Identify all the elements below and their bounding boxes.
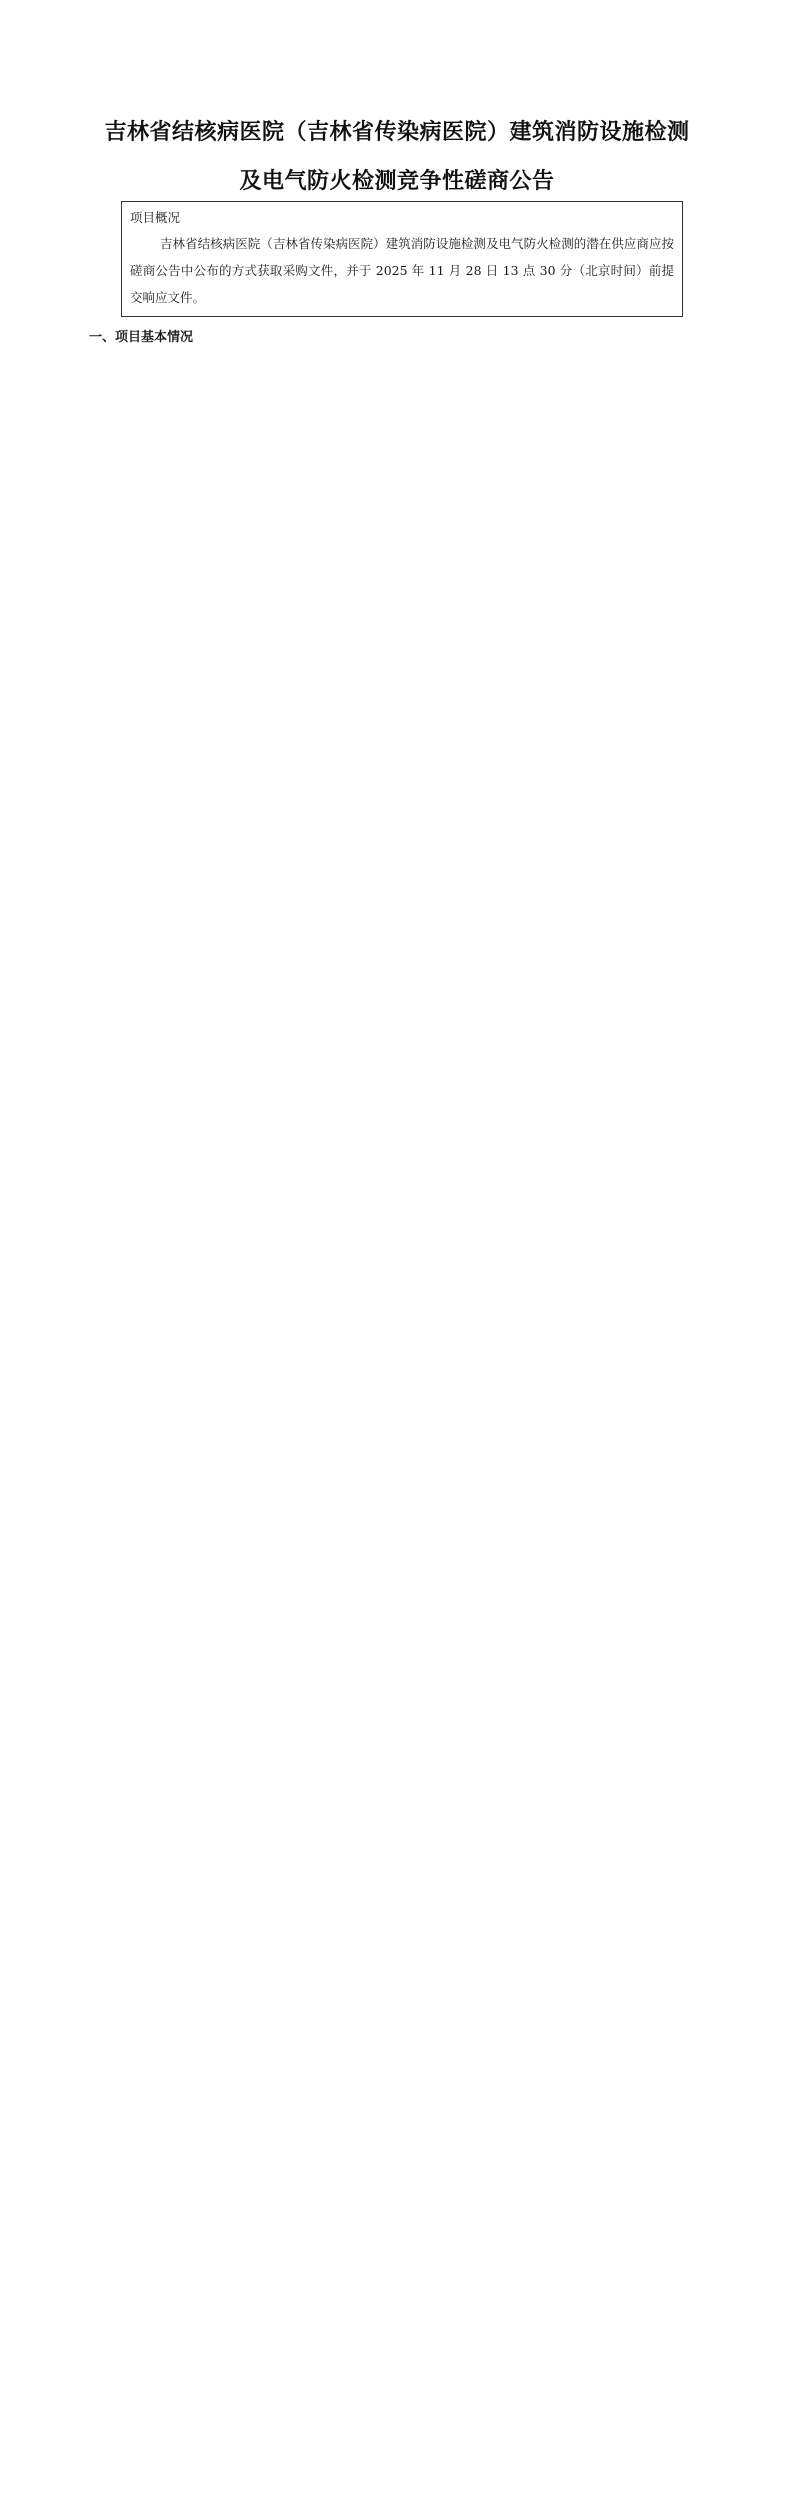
overview-heading: 项目概况 bbox=[130, 208, 674, 228]
project-overview-box: 项目概况 吉林省结核病医院（吉林省传染病医院）建筑消防设施检测及电气防火检测的潜… bbox=[121, 201, 683, 317]
document-title-line2: 及电气防火检测竞争性磋商公告 bbox=[90, 164, 704, 195]
overview-text: 吉林省结核病医院（吉林省传染病医院）建筑消防设施检测及电气防火检测的潜在供应商应… bbox=[130, 230, 674, 311]
document-title-line1: 吉林省结核病医院（吉林省传染病医院）建筑消防设施检测 bbox=[90, 115, 704, 146]
section1-heading: 一、项目基本情况 bbox=[89, 329, 193, 347]
